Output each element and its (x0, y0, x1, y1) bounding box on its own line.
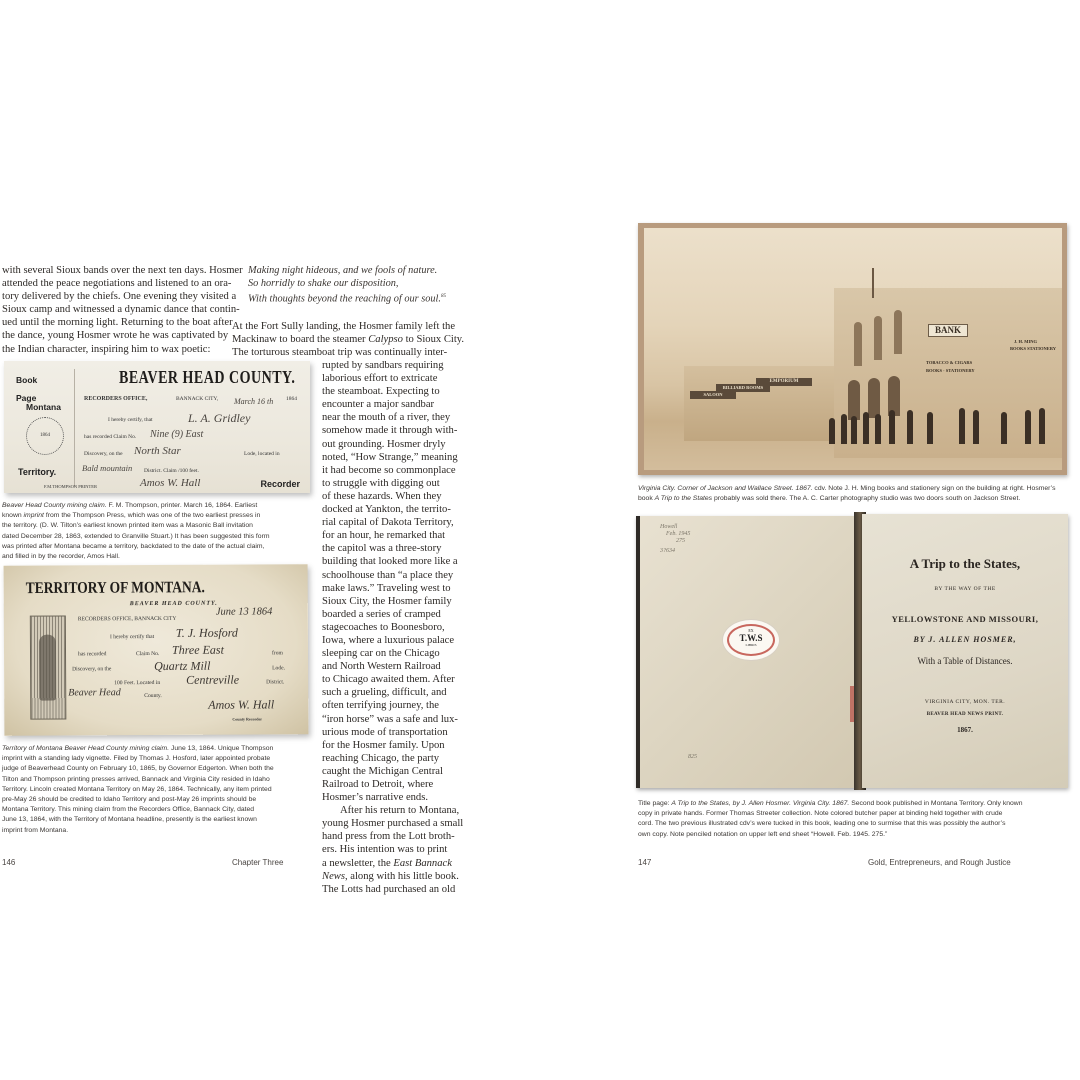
discovery-text: Discovery, on the (84, 451, 123, 457)
handwritten-lode: Quartz Mill (154, 659, 210, 674)
book-title: A Trip to the States, (862, 556, 1068, 572)
text-line: it had become so commonplace (322, 464, 452, 477)
text-line: Sioux camp and witnessed a dynamic dance… (2, 303, 232, 316)
caption-line: Title page: A Trip to the States, by J. … (638, 799, 1078, 809)
caption-line: judge of Beaverhead County on February 1… (2, 764, 322, 774)
text-line: the capitol was a three-story (322, 542, 452, 555)
bookplate-monogram: T.W.S (729, 634, 773, 643)
caption-line: copy in private hands. Former Thomas Str… (638, 809, 1078, 819)
pencil-note: 3?634 (660, 548, 675, 554)
caption-line: and filled in by the recorder, Amos Hall… (2, 552, 312, 562)
handwritten-date: March 16 th (234, 397, 273, 406)
signature: Amos W. Hall (208, 697, 274, 712)
newsletter-title-cont: News (322, 871, 345, 882)
handwritten-name: T. J. Hosford (176, 626, 238, 641)
discovery-text: Discovery, on the (72, 666, 111, 672)
caption-line: the territory. (D. W. Tilton’s earliest … (2, 521, 312, 531)
text-line: young Hosmer purchased a small (322, 817, 452, 830)
text-line: sleeping car on the Chicago (322, 647, 452, 660)
text-line: to struggle with digging out (322, 477, 452, 490)
text-line: encounter a major sandbar (322, 398, 452, 411)
footnote-marker: 85 (441, 294, 446, 299)
text-line: stagecoaches to Boonesboro, (322, 621, 452, 634)
caption-line: Beaver Head County mining claim. F. M. T… (2, 501, 312, 511)
organized-seal: 1864 (26, 417, 64, 455)
bookplate: EX T.W.S LIBRIS (723, 620, 779, 660)
column2-wide-lines: At the Fort Sully landing, the Hosmer fa… (232, 320, 464, 359)
territory-of-montana-claim-image: TERRITORY OF MONTANA. BEAVER HEAD COUNTY… (4, 564, 309, 736)
title-page: A Trip to the States, BY THE WAY OF THE … (862, 514, 1068, 788)
text-line: somehow made it through with- (322, 424, 452, 437)
text-line: Hosmer’s narrative ends. (322, 791, 452, 804)
bookplate-libris: LIBRIS (729, 643, 773, 648)
text-line: noted, “How Strange,” meaning (322, 451, 452, 464)
handwritten-district: Centreville (186, 673, 239, 688)
caption-line: pre-May 26 should be credited to Idaho T… (2, 795, 322, 805)
text-line: attended the peace negotiations and list… (2, 277, 232, 290)
handwritten-claim: Three East (172, 643, 224, 658)
caption-line: was printed after Montana became a terri… (2, 542, 312, 552)
books-stationery-sign-2: BOOKS · STATIONERY (926, 368, 975, 373)
text-line: for the Hosmer family. Upon (322, 739, 452, 752)
left-page-number: 146 (2, 858, 15, 867)
text-line: News, along with his little book. (322, 870, 452, 883)
montana-label: Montana (26, 402, 61, 412)
right-running-head: Gold, Entrepreneurs, and Rough Justice (868, 858, 1011, 867)
book-label: Book (16, 375, 37, 385)
text-line: the Indian character, inspiring him to w… (2, 343, 232, 356)
column2-narrow: rupted by sandbars requiring laborious e… (322, 359, 452, 896)
claim-left-column: Book Page Montana 1864 Territory. (12, 369, 75, 487)
caption-text: book (638, 495, 655, 502)
pencil-note: Feb. 1945 (666, 531, 690, 537)
caption-line: dated December 28, 1863, extended to Gra… (2, 532, 312, 542)
virginia-city-photo: BANK EMPORIUM BILLIARD ROOMS SALOON J. H… (638, 223, 1067, 475)
text-line: rial capital of Dakota Territory, (322, 516, 452, 529)
verse-line: So horridly to shake our disposition, (248, 277, 446, 290)
text-line: docked at Yankton, the territo- (322, 503, 452, 516)
caption-line: book A Trip to the States probably was s… (638, 494, 1078, 504)
book-place: VIRGINIA CITY, MON. TER. (862, 699, 1068, 705)
verse-line-text: With thoughts beyond the reaching of our… (248, 293, 441, 304)
text-line: often terrifying journey, the (322, 699, 452, 712)
text-line: “iron horse” was a safe and lux- (322, 713, 452, 726)
caption-line: June 13, 1864, with the Territory of Mon… (2, 815, 322, 825)
claim-text: Claim No. (136, 651, 159, 657)
text-line: tory delivered by the chiefs. One evenin… (2, 290, 232, 303)
text-line: Railroad to Detroit, where (322, 778, 452, 791)
district-text: District. (266, 679, 284, 685)
claim-title: BEAVER HEAD COUNTY. (119, 369, 295, 389)
text-line: Mackinaw to board the steamer Calypso to… (232, 333, 464, 346)
caption-text: probably was sold there. The A. C. Carte… (712, 495, 1020, 502)
right-page-number: 147 (638, 858, 651, 867)
book-end-sheet: Howell Feb. 1945 275 3?634 EX T.W.S LIBR… (636, 516, 862, 788)
printer-credit: F.M.THOMPSON PRINTER (44, 484, 97, 489)
text-line: urious mode of transportation (322, 726, 452, 739)
bannack-city: BANNACK CITY, (176, 396, 218, 402)
verse-line: With thoughts beyond the reaching of our… (248, 290, 446, 305)
caption-text: June 13, 1864. Unique Thompson (169, 745, 273, 752)
caption-title: A Trip to the States, by J. Allen Hosmer… (671, 800, 849, 807)
crowd-of-people (819, 406, 1049, 444)
book-year: 1867. (862, 726, 1068, 734)
book-subtitle: With a Table of Distances. (862, 656, 1068, 666)
saloon-sign: SALOON (690, 391, 736, 399)
caption-line: cord. The two previous illustrated cdv’s… (638, 819, 1078, 829)
handwritten-lode: North Star (134, 445, 181, 457)
text-line: make laws.” Traveling west to (322, 582, 452, 595)
opening-paragraph: with several Sioux bands over the next t… (2, 264, 232, 356)
signature: Amos W. Hall (140, 477, 200, 489)
lode-text: Lode. (272, 665, 285, 671)
caption-title: Territory of Montana Beaver Head County … (2, 745, 169, 752)
text-line: rupted by sandbars requiring (322, 359, 452, 372)
text-line: reaching Chicago, the party (322, 752, 452, 765)
book-by-way: BY THE WAY OF THE (862, 586, 1068, 592)
caption-text: Title page: (638, 800, 671, 807)
figure1-caption: Beaver Head County mining claim. F. M. T… (2, 501, 312, 562)
handwritten-district: Bald mountain (82, 463, 132, 473)
text-line: Iowa, where a luxurious palace (322, 634, 452, 647)
pencil-note: Howell (660, 524, 677, 530)
recorded-text: has recorded (78, 651, 106, 657)
caption-text: F. M. Thompson, printer. March 16, 1864.… (107, 502, 258, 509)
text-line: Sioux City, the Hosmer family (322, 595, 452, 608)
text-line: At the Fort Sully landing, the Hosmer fa… (232, 320, 464, 333)
recorded-text: has recorded Claim No. (84, 434, 136, 440)
book-title: A Trip to the States (655, 495, 712, 502)
text-line: After his return to Montana, (322, 804, 452, 817)
books-stationery-sign: BOOKS STATIONERY (1010, 346, 1056, 351)
county-text: County. (144, 693, 162, 699)
text-line: a newsletter, the East Bannack (322, 857, 452, 870)
district-text: District. Claim /100 feet. (144, 468, 199, 474)
caption-line: imprint from Montana. (2, 826, 322, 836)
text-line: laborious effort to extricate (322, 372, 452, 385)
caption-line: imprint with a standing lady vignette. F… (2, 754, 322, 764)
year: 1864 (286, 396, 297, 402)
caption-line: Territory of Montana Beaver Head County … (2, 744, 322, 754)
caption-text: cdv. Note J. H. Ming books and stationer… (813, 485, 1056, 492)
pencil-note-bottom: 825 (688, 754, 697, 760)
text-line: the dance, young Hosmer wrote he was cap… (2, 329, 232, 342)
caption-line: Montana Territory. This mining claim fro… (2, 805, 322, 815)
text-line: with several Sioux bands over the next t… (2, 264, 232, 277)
caption-text: Second book published in Montana Territo… (849, 800, 1022, 807)
text-line: The torturous steamboat trip was continu… (232, 346, 464, 359)
handwritten-name: L. A. Gridley (188, 411, 250, 426)
caption-title: Virginia City. Corner of Jackson and Wal… (638, 485, 813, 492)
territory-label: Territory. (18, 467, 56, 477)
ming-sign: J. H. MING (1014, 339, 1037, 344)
photo-image-area: BANK EMPORIUM BILLIARD ROOMS SALOON J. H… (644, 228, 1062, 470)
newsletter-title: East Bannack (393, 858, 452, 869)
figure4-caption: Title page: A Trip to the States, by J. … (638, 799, 1078, 840)
text-line: caught the Michigan Central (322, 765, 452, 778)
verse-line: Making night hideous, and we fools of na… (248, 264, 446, 277)
poem-verse: Making night hideous, and we fools of na… (248, 264, 446, 305)
tobacco-sign: TOBACCO & CIGARS (926, 360, 972, 365)
caption-line: own copy. Note penciled notation on uppe… (638, 830, 1078, 840)
flagpole (872, 268, 874, 298)
feet-text: 100 Feet. Located in (114, 680, 160, 686)
text-line: hand press from the Lott broth- (322, 830, 452, 843)
text-line: such a grueling, difficult, and (322, 686, 452, 699)
book-printer: BEAVER HEAD NEWS PRINT. (862, 712, 1068, 717)
text-line: ers. His intention was to print (322, 843, 452, 856)
caption-line: Virginia City. Corner of Jackson and Wal… (638, 484, 1078, 494)
ship-name: Calypso (368, 334, 403, 345)
handwritten-county: Beaver Head (68, 687, 121, 698)
text-line: the steamboat. Expecting to (322, 385, 452, 398)
beaver-head-claim-image: Book Page Montana 1864 Territory. BEAVER… (4, 361, 310, 493)
caption-line: Tilton and Thompson printing presses arr… (2, 775, 322, 785)
bank-sign: BANK (928, 324, 968, 337)
caption-line: Territory. Lincoln created Montana Terri… (2, 785, 322, 795)
text-line: of these hazards. When they (322, 490, 452, 503)
left-running-head: Chapter Three (232, 858, 283, 867)
certify-text: I hereby certify, that (108, 417, 153, 423)
handwritten-date: June 13 1864 (216, 606, 273, 617)
text-line: near the mouth of a river, they (322, 411, 452, 424)
text-line: The Lotts had purchased an old (322, 883, 452, 896)
standing-lady-vignette (30, 615, 67, 719)
text-line: and North Western Railroad (322, 660, 452, 673)
county-subtitle: BEAVER HEAD COUNTY. (130, 601, 218, 607)
text-line: ued until the morning light. Returning t… (2, 316, 232, 329)
text-line: building that looked more like a (322, 555, 452, 568)
text-line: boarded a series of cramped (322, 608, 452, 621)
text-line: out grounding. Hosmer dryly (322, 438, 452, 451)
bookplate-ring: EX T.W.S LIBRIS (727, 624, 775, 656)
caption-line: known imprint from the Thompson Press, w… (2, 511, 312, 521)
caption-title: Beaver Head County mining claim. (2, 502, 107, 509)
text-line: schoolhouse than “a place they (322, 569, 452, 582)
trip-to-the-states-book-image: Howell Feb. 1945 275 3?634 EX T.W.S LIBR… (636, 512, 1070, 790)
handwritten-claim: Nine (9) East (150, 429, 203, 440)
recorders-office: RECORDERS OFFICE, BANNACK CITY (78, 616, 177, 623)
signature-subtitle: County Recorder (232, 716, 262, 721)
lode-text: Lode, located in (244, 451, 280, 457)
claim-title: TERRITORY OF MONTANA. (26, 578, 205, 598)
recorders-office: RECORDERS OFFICE, (84, 396, 147, 402)
book-rivers: YELLOWSTONE AND MISSOURI, (862, 614, 1068, 624)
recorder-label: Recorder (260, 479, 300, 489)
figure2-caption: Territory of Montana Beaver Head County … (2, 744, 322, 836)
text-line: for an hour, he remarked that (322, 529, 452, 542)
book-author: BY J. ALLEN HOSMER, (862, 635, 1068, 644)
pencil-note: 275 (676, 538, 685, 544)
from-text: from (272, 650, 283, 656)
figure3-caption: Virginia City. Corner of Jackson and Wal… (638, 484, 1078, 504)
text-line: to Chicago awaited them. After (322, 673, 452, 686)
certify-text: I hereby certify that (110, 634, 154, 640)
